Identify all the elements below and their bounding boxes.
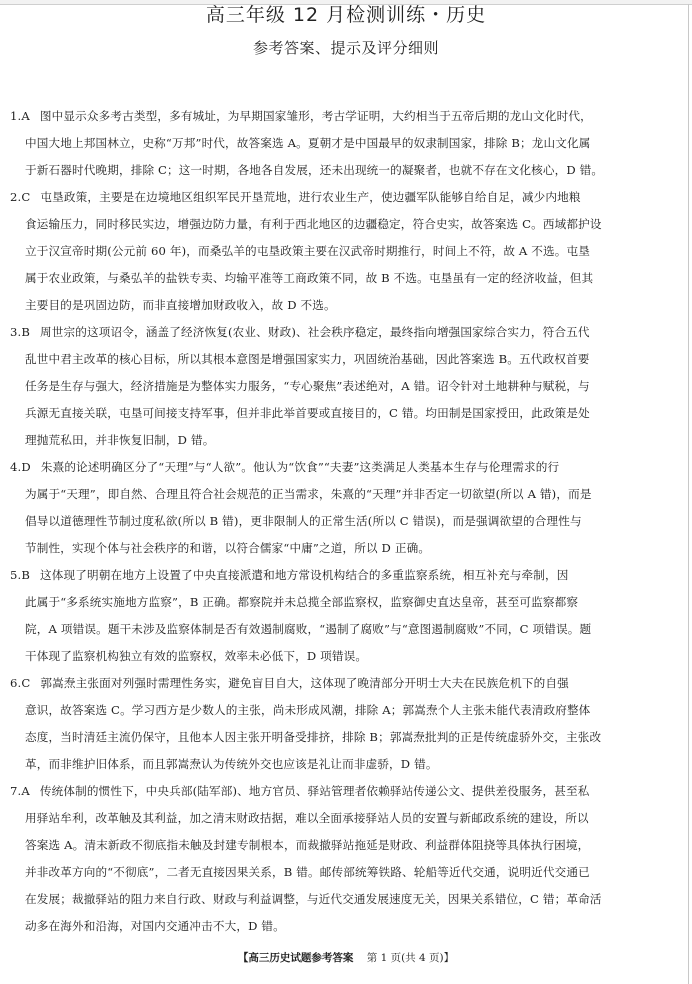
answer-line: 任务是生存与强大，经济措施是为整体实力服务，“专心聚焦”表述绝对，A 错。诏令针…	[10, 373, 682, 400]
answer-item: 1.A图中显示众多考古类型，多有城址，为早期国家雏形，考古学证明，大约相当于五帝…	[10, 103, 682, 184]
answer-text: 院，A 项错误。题干未涉及监察体制是否有效遏制腐败，“遏制了腐败”与“意图遏制腐…	[25, 622, 591, 636]
answer-text: 倡导以道德理性节制过度私欲(所以 B 错)，更非限制人的正常生活(所以 C 错误…	[25, 514, 582, 528]
answer-number: 1.	[10, 109, 21, 123]
answer-line: 理抛荒私田，并非恢复旧制，D 错。	[10, 427, 682, 454]
answer-text: 革，而非维护旧体系，而且郭嵩焘认为传统外交也应该是礼让而非虚骄，D 错。	[25, 757, 438, 771]
footer-doc-label: 【高三历史试题参考答案	[238, 952, 354, 964]
answer-number: 5.	[10, 568, 21, 582]
answer-first-line: 7.A传统体制的惯性下，中央兵部(陆军部)、地方官员、驿站管理者依赖驿站传递公文…	[10, 778, 682, 805]
answer-text: 食运输压力，同时移民实边，增强边防力量，有利于西北地区的边疆稳定，符合史实，故答…	[25, 217, 602, 231]
answer-line: 在发展；裁撤驿站的阻力来自行政、财政与利益调整，与近代交通发展速度无关，因果关系…	[10, 886, 682, 913]
answer-line: 并非改革方向的“不彻底”，二者无直接因果关系，B 错。邮传部统筹铁路、轮船等近代…	[10, 859, 682, 886]
answer-text: 干体现了监察机构独立有效的监察权，效率未必低下，D 项错误。	[25, 649, 367, 663]
answer-text: 朱熹的论述明确区分了“天理”与“人欲”。他认为“饮食”“夫妻”这类满足人类基本生…	[41, 460, 559, 474]
answer-text: 节制性，实现个体与社会秩序的和谐，以符合儒家“中庸”之道，所以 D 正确。	[25, 541, 430, 555]
answer-text: 并非改革方向的“不彻底”，二者无直接因果关系，B 错。邮传部统筹铁路、轮船等近代…	[25, 865, 590, 879]
answer-line: 于新石器时代晚期，排除 C；这一时期，各地各自发展，还未出现统一的凝聚者，也就不…	[10, 157, 682, 184]
answer-choice: C	[21, 190, 30, 204]
answer-item: 2.C屯垦政策，主要是在边境地区组织军民开垦荒地，进行农业生产，使边疆军队能够自…	[10, 184, 682, 319]
answer-line: 院，A 项错误。题干未涉及监察体制是否有效遏制腐败，“遏制了腐败”与“意图遏制腐…	[10, 616, 682, 643]
answer-item: 6.C郭嵩焘主张面对列强时需理性务实，避免盲目自大，这体现了晚清部分开明士大夫在…	[10, 670, 682, 778]
answer-text: 用驿站牟利，改革触及其利益，加之清末财政拮据，难以全面承接驿站人员的安置与新邮政…	[25, 811, 589, 825]
answer-text: 为属于“天理”，即自然、合理且符合社会规范的正当需求，朱熹的“天理”并非否定一切…	[25, 487, 592, 501]
answer-choice: C	[21, 676, 30, 690]
answer-number: 6.	[10, 676, 21, 690]
answer-text: 兵源无直接关联，屯垦可间接支持军事，但并非此举首要或直接目的，C 错。均田制是国…	[25, 406, 590, 420]
answer-line: 倡导以道德理性节制过度私欲(所以 B 错)，更非限制人的正常生活(所以 C 错误…	[10, 508, 682, 535]
answer-first-line: 5.B这体现了明朝在地方上设置了中央直接派遣和地方常设机构结合的多重监察系统，相…	[10, 562, 682, 589]
answer-choice: A	[21, 109, 30, 123]
page-right-border	[688, 4, 689, 984]
answer-line: 态度，当时清廷主流仍保守，且他本人因主张开明备受排挤，排除 B；郭嵩焘批判的正是…	[10, 724, 682, 751]
answer-item: 5.B这体现了明朝在地方上设置了中央直接派遣和地方常设机构结合的多重监察系统，相…	[10, 562, 682, 670]
answer-text: 动多在海外和沿海，对国内交通冲击不大，D 错。	[25, 919, 285, 933]
answer-line: 答案选 A。清末新政不彻底指未触及封建专制根本，而裁撤驿站拖延是财政、利益群体阻…	[10, 832, 682, 859]
answer-line: 意识，故答案选 C。学习西方是少数人的主张，尚未形成风潮，排除 A；郭嵩焘个人主…	[10, 697, 682, 724]
answer-text: 郭嵩焘主张面对列强时需理性务实，避免盲目自大，这体现了晚清部分开明士大夫在民族危…	[40, 676, 568, 690]
answer-line: 食运输压力，同时移民实边，增强边防力量，有利于西北地区的边疆稳定，符合史实，故答…	[10, 211, 682, 238]
answer-first-line: 6.C郭嵩焘主张面对列强时需理性务实，避免盲目自大，这体现了晚清部分开明士大夫在…	[10, 670, 682, 697]
answer-number: 4.	[10, 460, 21, 474]
footer-page-info: 第 1 页(共 4 页)】	[367, 952, 454, 964]
answer-line: 此属于“多系统实施地方监察”，B 正确。都察院并未总揽全部监察权，监察御史直达皇…	[10, 589, 682, 616]
answer-first-line: 4.D朱熹的论述明确区分了“天理”与“人欲”。他认为“饮食”“夫妻”这类满足人类…	[10, 454, 682, 481]
answer-line: 主要目的是巩固边防，而非直接增加财政收入，故 D 不选。	[10, 292, 682, 319]
answer-item: 7.A传统体制的惯性下，中央兵部(陆军部)、地方官员、驿站管理者依赖驿站传递公文…	[10, 778, 682, 940]
answer-number: 2.	[10, 190, 21, 204]
answer-text: 周世宗的这项诏令，涵盖了经济恢复(农业、财政)、社会秩序稳定，最终指向增强国家综…	[40, 325, 590, 339]
answer-text: 这体现了明朝在地方上设置了中央直接派遣和地方常设机构结合的多重监察系统，相互补充…	[40, 568, 568, 582]
answer-item: 4.D朱熹的论述明确区分了“天理”与“人欲”。他认为“饮食”“夫妻”这类满足人类…	[10, 454, 682, 562]
answer-text: 在发展；裁撤驿站的阻力来自行政、财政与利益调整，与近代交通发展速度无关，因果关系…	[25, 892, 602, 906]
answer-line: 革，而非维护旧体系，而且郭嵩焘认为传统外交也应该是礼让而非虚骄，D 错。	[10, 751, 682, 778]
answer-text: 此属于“多系统实施地方监察”，B 正确。都察院并未总揽全部监察权，监察御史直达皇…	[25, 595, 578, 609]
answer-text: 任务是生存与强大，经济措施是为整体实力服务，“专心聚焦”表述绝对，A 错。诏令针…	[25, 379, 590, 393]
answer-choice: D	[21, 460, 30, 474]
answer-choice: B	[21, 325, 30, 339]
answer-item: 3.B周世宗的这项诏令，涵盖了经济恢复(农业、财政)、社会秩序稳定，最终指向增强…	[10, 319, 682, 454]
answer-text: 传统体制的惯性下，中央兵部(陆军部)、地方官员、驿站管理者依赖驿站传递公文、提供…	[40, 784, 590, 798]
answer-choice: A	[21, 784, 30, 798]
answer-number: 3.	[10, 325, 21, 339]
page-subtitle: 参考答案、提示及评分细则	[0, 38, 692, 58]
answer-line: 中国大地上邦国林立，史称“万邦”时代，故答案选 A。夏朝才是中国最早的奴隶制国家…	[10, 130, 682, 157]
answer-text: 于新石器时代晚期，排除 C；这一时期，各地各自发展，还未出现统一的凝聚者，也就不…	[25, 163, 603, 177]
answer-line: 乱世中君主改革的核心目标，所以其根本意图是增强国家实力，巩固统治基础，因此答案选…	[10, 346, 682, 373]
answer-line: 为属于“天理”，即自然、合理且符合社会规范的正当需求，朱熹的“天理”并非否定一切…	[10, 481, 682, 508]
answer-text: 态度，当时清廷主流仍保守，且他本人因主张开明备受排挤，排除 B；郭嵩焘批判的正是…	[25, 730, 601, 744]
answer-line: 用驿站牟利，改革触及其利益，加之清末财政拮据，难以全面承接驿站人员的安置与新邮政…	[10, 805, 682, 832]
answer-text: 立于汉宣帝时期(公元前 60 年)，而桑弘羊的屯垦政策主要在汉武帝时期推行，时间…	[25, 244, 590, 258]
answer-list: 1.A图中显示众多考古类型，多有城址，为早期国家雏形，考古学证明，大约相当于五帝…	[10, 103, 682, 940]
answer-text: 理抛荒私田，并非恢复旧制，D 错。	[25, 433, 214, 447]
answer-number: 7.	[10, 784, 21, 798]
answer-line: 干体现了监察机构独立有效的监察权，效率未必低下，D 项错误。	[10, 643, 682, 670]
answer-line: 兵源无直接关联，屯垦可间接支持军事，但并非此举首要或直接目的，C 错。均田制是国…	[10, 400, 682, 427]
page-footer: 【高三历史试题参考答案 第 1 页(共 4 页)】	[0, 950, 692, 966]
answer-first-line: 1.A图中显示众多考古类型，多有城址，为早期国家雏形，考古学证明，大约相当于五帝…	[10, 103, 682, 130]
answer-text: 属于农业政策，与桑弘羊的盐铁专卖、均输平准等工商政策不同，故 B 不选。屯垦虽有…	[25, 271, 593, 285]
answer-line: 节制性，实现个体与社会秩序的和谐，以符合儒家“中庸”之道，所以 D 正确。	[10, 535, 682, 562]
answer-text: 主要目的是巩固边防，而非直接增加财政收入，故 D 不选。	[25, 298, 336, 312]
answer-first-line: 3.B周世宗的这项诏令，涵盖了经济恢复(农业、财政)、社会秩序稳定，最终指向增强…	[10, 319, 682, 346]
answer-text: 中国大地上邦国林立，史称“万邦”时代，故答案选 A。夏朝才是中国最早的奴隶制国家…	[25, 136, 591, 150]
answer-text: 答案选 A。清末新政不彻底指未触及封建专制根本，而裁撤驿站拖延是财政、利益群体阻…	[25, 838, 589, 852]
answer-line: 属于农业政策，与桑弘羊的盐铁专卖、均输平准等工商政策不同，故 B 不选。屯垦虽有…	[10, 265, 682, 292]
page-title: 高三年级 12 月检测训练・历史	[0, 3, 692, 27]
answer-choice: B	[21, 568, 30, 582]
answer-text: 图中显示众多考古类型，多有城址，为早期国家雏形，考古学证明，大约相当于五帝后期的…	[40, 109, 592, 123]
answer-first-line: 2.C屯垦政策，主要是在边境地区组织军民开垦荒地，进行农业生产，使边疆军队能够自…	[10, 184, 682, 211]
answer-line: 动多在海外和沿海，对国内交通冲击不大，D 错。	[10, 913, 682, 940]
answer-text: 意识，故答案选 C。学习西方是少数人的主张，尚未形成风潮，排除 A；郭嵩焘个人主…	[25, 703, 590, 717]
answer-text: 乱世中君主改革的核心目标，所以其根本意图是增强国家实力，巩固统治基础，因此答案选…	[25, 352, 589, 366]
answer-line: 立于汉宣帝时期(公元前 60 年)，而桑弘羊的屯垦政策主要在汉武帝时期推行，时间…	[10, 238, 682, 265]
answer-text: 屯垦政策，主要是在边境地区组织军民开垦荒地，进行农业生产，使边疆军队能够自给自足…	[40, 190, 580, 204]
